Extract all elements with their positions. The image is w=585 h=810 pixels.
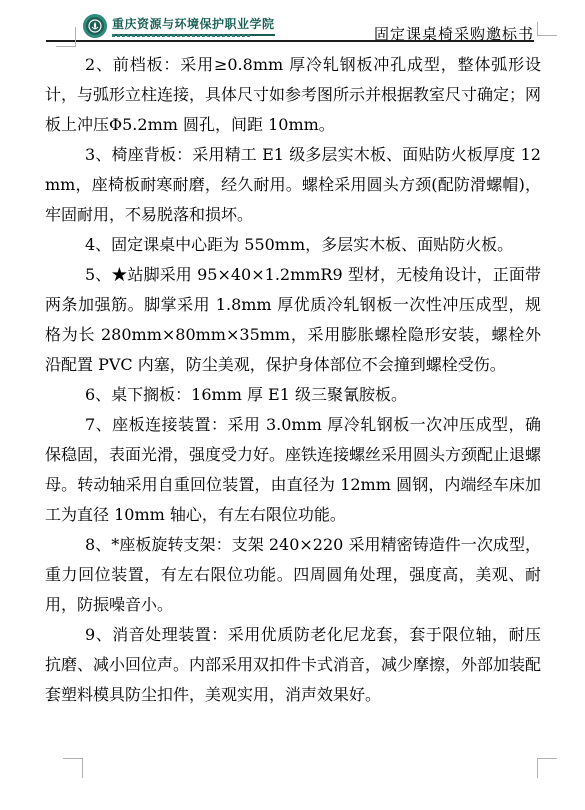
spec-paragraph-9: 9、消音处理装置：采用优质防老化尼龙套，套于限位轴，耐压抗磨、减小回位声。内部采… (45, 620, 541, 710)
spec-paragraph-6: 6、桌下搁板：16mm 厚 E1 级三聚氰胺板。 (45, 380, 541, 410)
crop-mark-bottom-right (537, 758, 557, 778)
spec-paragraph-5: 5、★站脚采用 95×40×1.2mmR9 型材，无棱角设计，正面带两条加强筋。… (45, 260, 541, 380)
spec-paragraph-4: 4、固定课桌中心距为 550mm，多层实木板、面贴防火板。 (45, 230, 541, 260)
document-page: 重庆资源与环境保护职业学院 固定课桌椅采购邀标书 2、前档板：采用≥0.8mm … (0, 0, 585, 810)
college-name-en-strip (112, 34, 250, 37)
crop-mark-top-left (56, 27, 76, 47)
spec-paragraph-8: 8、*座板旋转支架：支架 240×220 采用精密铸造件一次成型，重力回位装置，… (45, 530, 541, 620)
spec-paragraph-3: 3、椅座背板：采用精工 E1 级多层实木板、面贴防火板厚度 12mm，座椅板耐寒… (45, 140, 541, 230)
spec-paragraph-2: 2、前档板：采用≥0.8mm 厚冷轧钢板冲孔成型，整体弧形设计，与弧形立柱连接，… (45, 50, 541, 140)
spec-paragraph-7: 7、座板连接装置：采用 3.0mm 厚冷轧钢板一次冲压成型，确保稳固，表面光滑，… (45, 410, 541, 530)
document-body: 2、前档板：采用≥0.8mm 厚冷轧钢板冲孔成型，整体弧形设计，与弧形立柱连接，… (45, 50, 541, 710)
crop-mark-top-right (537, 22, 557, 36)
college-logo-icon (83, 14, 107, 38)
crop-mark-bottom-left (63, 758, 83, 778)
college-name: 重庆资源与环境保护职业学院 (112, 15, 275, 36)
header-rule-line (46, 40, 534, 42)
page-header: 重庆资源与环境保护职业学院 固定课桌椅采购邀标书 (0, 0, 585, 42)
